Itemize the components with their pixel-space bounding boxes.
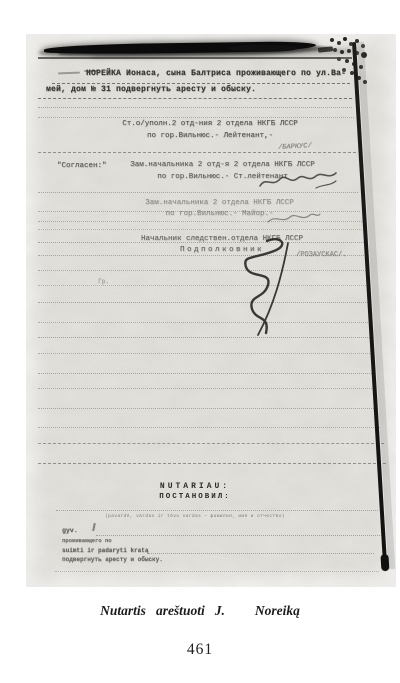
ink-dash: [318, 46, 333, 53]
ruled-line: [56, 510, 378, 511]
ruled-line: [55, 571, 379, 572]
caption-word: areštuoti: [156, 603, 205, 619]
scan-edge-line: [352, 42, 387, 569]
document-scan: НОРЕЙКА Ионаса, сына Балтриса проживающе…: [26, 34, 396, 587]
ruled-line: [52, 83, 350, 84]
resolution-ru: ПОСТАНОВИЛ:: [95, 492, 295, 502]
form-label-arrest-ru: подвергнуть аресту и обыску.: [62, 556, 163, 563]
ruled-line: [38, 285, 366, 286]
signatory-title: Ст.о/уполн.2 отд-ния 2 отдела НКГБ ЛССР: [100, 119, 320, 131]
ruled-line: [38, 229, 362, 230]
scan-edge-shadow: [357, 42, 395, 569]
book-page: НОРЕЙКА Ионаса, сына Балтриса проживающе…: [0, 0, 400, 683]
signature-name-typed: /БАРКУС/: [278, 142, 312, 152]
ruled-line: [38, 353, 372, 354]
caption-word: Noreiką: [255, 603, 300, 619]
arrest-clause-line-1: НОРЕЙКА Ионаса, сына Балтриса проживающе…: [86, 69, 346, 78]
margin-mark: Гр.: [98, 278, 109, 285]
ruled-line: [38, 427, 380, 428]
handwritten-signature: [258, 170, 338, 194]
caption-word: Nutartis: [100, 603, 146, 619]
margin-note-agreed: "Согласен:": [57, 162, 107, 170]
ruled-line: [148, 553, 374, 554]
page-number: 461: [0, 641, 400, 659]
signatory-rank: по гор.Вильнюс.- Лейтенант,-: [100, 131, 320, 143]
ruled-line: [38, 98, 352, 99]
resolution-heading: NUTARIAU: ПОСТАНОВИЛ:: [95, 482, 295, 502]
arrest-clause-line-2: мей, дом № 31 подвергнуть аресту и обыск…: [46, 85, 256, 94]
ruled-line: [38, 373, 374, 374]
ink-dash: [58, 72, 80, 75]
signature-block-1: Ст.о/уполн.2 отд-ния 2 отдела НКГБ ЛССР …: [100, 119, 320, 142]
ruled-line: [38, 57, 352, 59]
ruled-line: [38, 152, 356, 153]
ruled-line: [38, 302, 368, 303]
signatory-title: Зам.начальника 2 отдела НКГБ ЛССР: [112, 198, 327, 209]
ruled-line: [38, 270, 366, 271]
fingerprint-ink-smudge: [330, 38, 334, 42]
ruled-line: [38, 107, 352, 108]
ruled-line: [38, 117, 354, 118]
ruled-line: [38, 337, 372, 338]
handwritten-signature-large: [212, 237, 302, 337]
ruled-line: [38, 408, 378, 409]
form-label-gyv: gyv.: [62, 527, 78, 534]
ruled-line: [38, 322, 370, 323]
signature-name-typed: /РОЗАУСКАС/.: [296, 251, 346, 259]
resolution-lt: NUTARIAU:: [95, 482, 295, 492]
ruled-line: [96, 535, 382, 536]
redacted-header-smear: [44, 41, 316, 55]
resolution-footnote: (pavardė, vardas ir tėvo vardas — фамили…: [60, 514, 330, 519]
ruled-line: [38, 463, 386, 464]
form-label-residing-ru: проживающего по: [62, 537, 112, 544]
ruled-line: [38, 388, 376, 389]
ruled-line: [38, 443, 384, 444]
form-label-arrest-lt: suimti ir padaryti kratą: [62, 547, 148, 554]
handwritten-mark: [92, 523, 95, 531]
handwritten-signature: [266, 210, 321, 226]
photo-caption: Nutartis areštuoti J. Noreiką: [0, 603, 400, 619]
caption-word: J.: [215, 603, 225, 619]
